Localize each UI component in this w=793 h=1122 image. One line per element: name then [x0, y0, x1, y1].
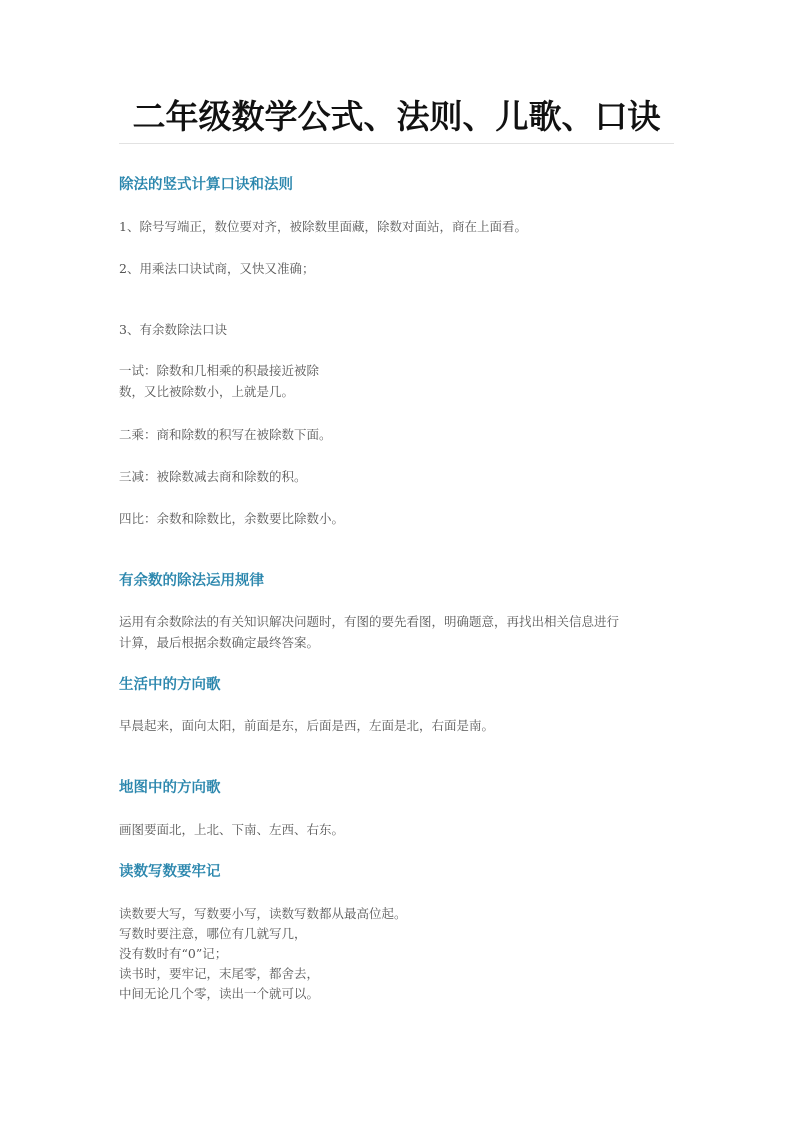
section-heading-remainder-division: 有余数的除法运用规律	[119, 571, 264, 591]
paragraph: 二乘：商和除数的积写在被除数下面。	[119, 425, 674, 444]
paragraph: 早晨起来，面向太阳，前面是东，后面是西，左面是北，右面是南。	[119, 716, 674, 735]
paragraph: 没有数时有“0”记；	[119, 944, 674, 963]
section-heading-map-direction-song: 地图中的方向歌	[119, 778, 221, 798]
paragraph: 计算，最后根据余数确定最终答案。	[119, 633, 674, 652]
paragraph: 2、用乘法口诀试商，又快又准确；	[119, 259, 674, 278]
paragraph: 1、除号写端正，数位要对齐，被除数里面藏，除数对面站，商在上面看。	[119, 217, 674, 236]
paragraph: 画图要面北，上北、下南、左西、右东。	[119, 820, 674, 839]
paragraph: 3、有余数除法口诀	[119, 320, 674, 339]
paragraph: 四比：余数和除数比，余数要比除数小。	[119, 509, 674, 528]
section-heading-reading-writing-numbers: 读数写数要牢记	[119, 862, 221, 882]
paragraph: 数，又比被除数小，上就是几。	[119, 382, 674, 401]
section-heading-division-vertical: 除法的竖式计算口诀和法则	[119, 175, 293, 195]
title-divider	[119, 143, 674, 144]
paragraph: 读数要大写，写数要小写，读数写数都从最高位起。	[119, 904, 674, 923]
paragraph: 一试：除数和几相乘的积最接近被除	[119, 361, 674, 380]
paragraph: 中间无论几个零，读出一个就可以。	[119, 984, 674, 1003]
paragraph: 三减：被除数减去商和除数的积。	[119, 467, 674, 486]
section-heading-daily-direction-song: 生活中的方向歌	[119, 675, 221, 695]
document-title: 二年级数学公式、法则、儿歌、口诀	[119, 96, 674, 138]
paragraph: 读书时，要牢记，末尾零，都舍去，	[119, 964, 674, 983]
paragraph: 运用有余数除法的有关知识解决问题时，有图的要先看图，明确题意，再找出相关信息进行	[119, 612, 674, 631]
paragraph: 写数时要注意，哪位有几就写几，	[119, 924, 674, 943]
